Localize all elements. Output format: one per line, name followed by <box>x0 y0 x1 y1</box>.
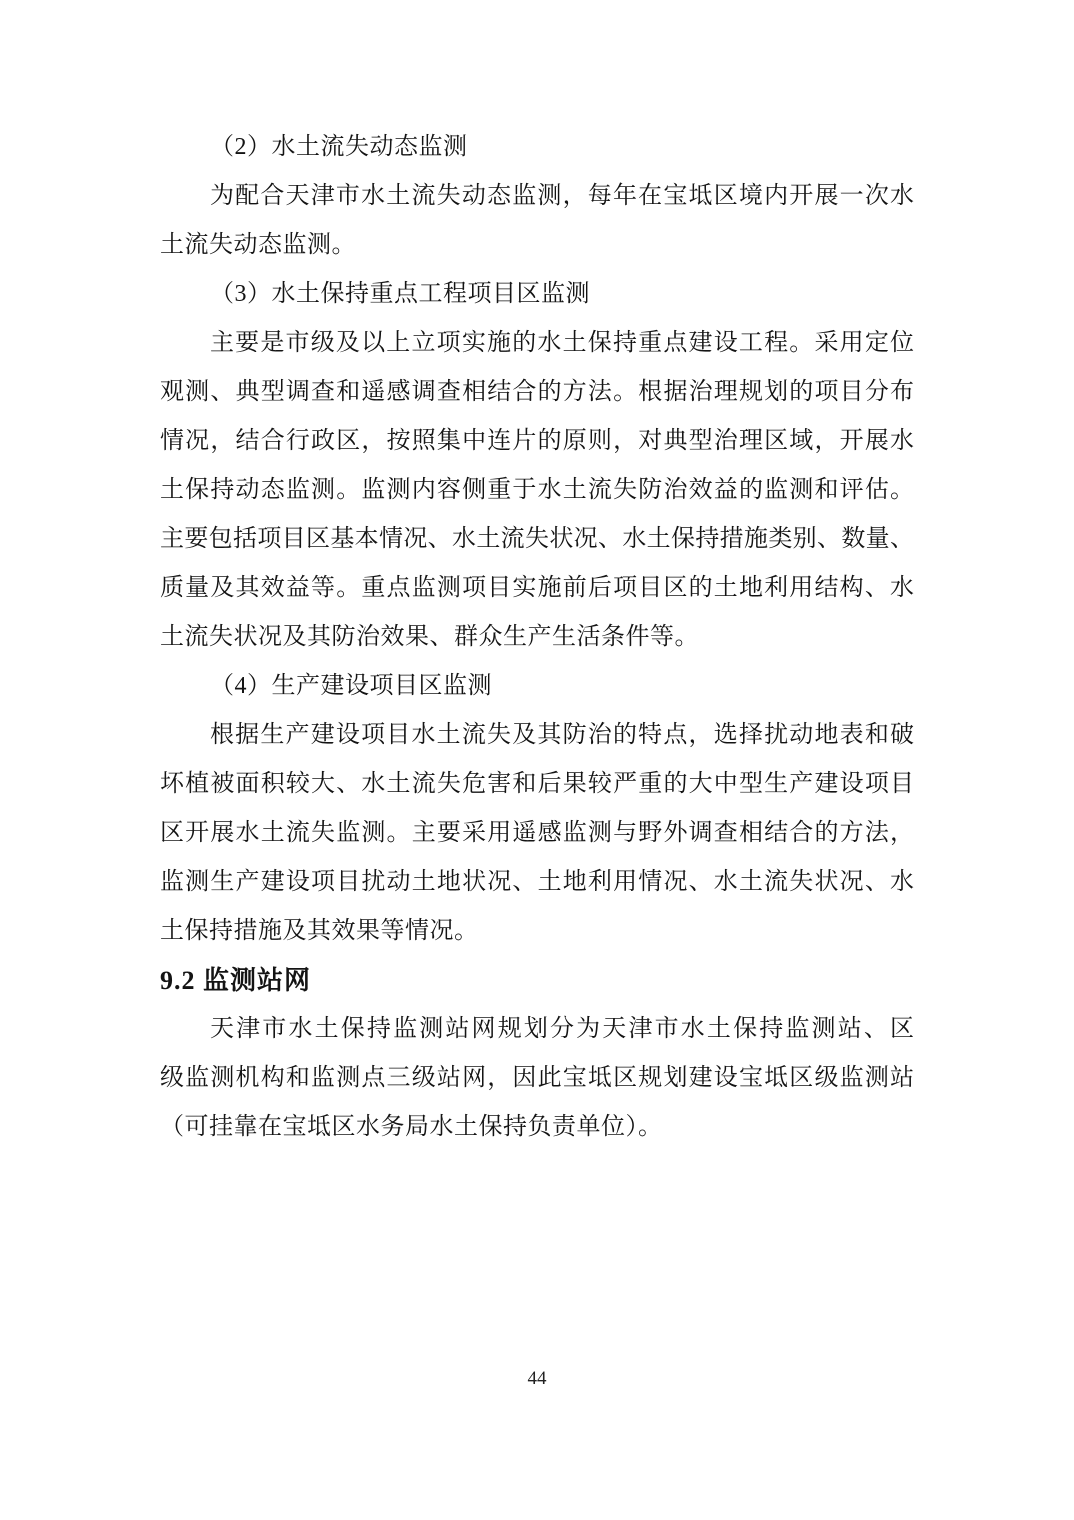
subitem-2-heading: （2）水土流失动态监测 <box>160 123 914 172</box>
para-station-network-line: （可挂靠在宝坻区水务局水土保持负责单位）。 <box>160 1103 914 1152</box>
section-9-2-heading: 9.2 监测站网 <box>160 956 914 1005</box>
para-key-projects-line: 主要是市级及以上立项实施的水土保持重点建设工程。采用定位 <box>160 319 914 368</box>
subitem-4-heading: （4）生产建设项目区监测 <box>160 662 914 711</box>
para-dynamic-monitoring-line: 为配合天津市水土流失动态监测，每年在宝坻区境内开展一次水 <box>160 172 914 221</box>
para-station-network-line: 级监测机构和监测点三级站网，因此宝坻区规划建设宝坻区级监测站 <box>160 1054 914 1103</box>
para-construction-projects-line: 监测生产建设项目扰动土地状况、土地利用情况、水土流失状况、水 <box>160 858 914 907</box>
para-construction-projects-line: 坏植被面积较大、水土流失危害和后果较严重的大中型生产建设项目 <box>160 760 914 809</box>
subitem-3-heading: （3）水土保持重点工程项目区监测 <box>160 270 914 319</box>
para-key-projects-line: 土流失状况及其防治效果、群众生产生活条件等。 <box>160 613 914 662</box>
page-number: 44 <box>0 1368 1074 1390</box>
para-construction-projects-line: 区开展水土流失监测。主要采用遥感监测与野外调查相结合的方法， <box>160 809 914 858</box>
para-station-network-line: 天津市水土保持监测站网规划分为天津市水土保持监测站、区 <box>160 1005 914 1054</box>
para-key-projects-line: 质量及其效益等。重点监测项目实施前后项目区的土地利用结构、水 <box>160 564 914 613</box>
document-page: （2）水土流失动态监测 为配合天津市水土流失动态监测，每年在宝坻区境内开展一次水… <box>0 0 1074 1520</box>
para-dynamic-monitoring-line: 土流失动态监测。 <box>160 221 914 270</box>
para-construction-projects-line: 根据生产建设项目水土流失及其防治的特点，选择扰动地表和破 <box>160 711 914 760</box>
para-key-projects-line: 观测、典型调查和遥感调查相结合的方法。根据治理规划的项目分布 <box>160 368 914 417</box>
para-key-projects-line: 土保持动态监测。监测内容侧重于水土流失防治效益的监测和评估。 <box>160 466 914 515</box>
para-construction-projects-line: 土保持措施及其效果等情况。 <box>160 907 914 956</box>
para-key-projects-line: 主要包括项目区基本情况、水土流失状况、水土保持措施类别、数量、 <box>160 515 914 564</box>
para-key-projects-line: 情况，结合行政区，按照集中连片的原则，对典型治理区域，开展水 <box>160 417 914 466</box>
document-body: （2）水土流失动态监测 为配合天津市水土流失动态监测，每年在宝坻区境内开展一次水… <box>160 123 914 1152</box>
